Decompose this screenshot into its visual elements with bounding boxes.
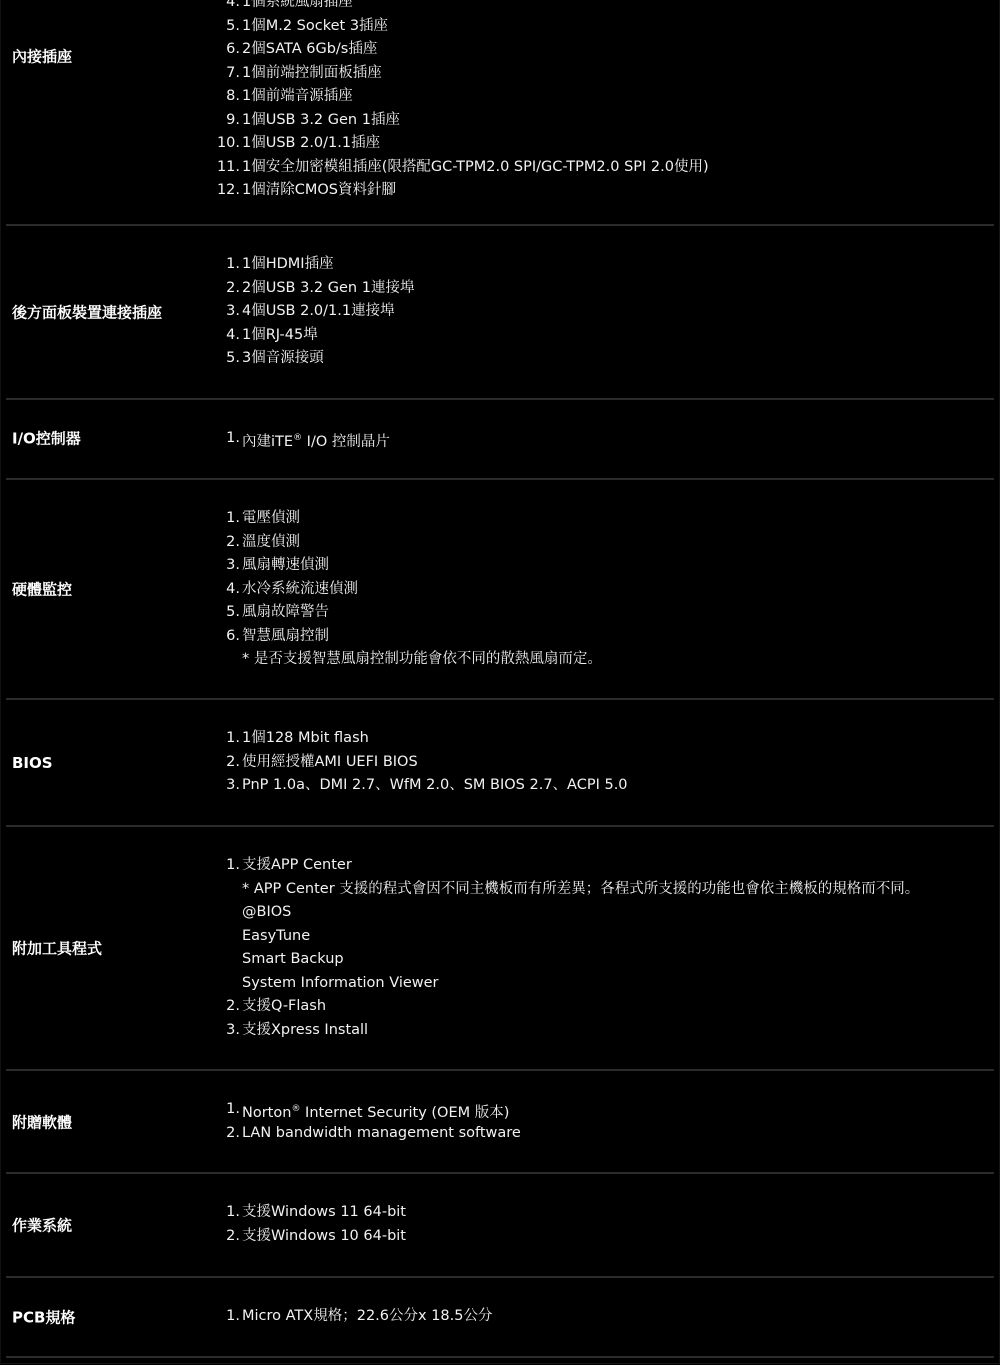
list-subitem: EasyTune (6, 925, 919, 949)
list-item: 1.支援APP Center (6, 854, 919, 878)
spec-value-list: 1.1個128 Mbit flash 2.使用經授權AMI UEFI BIOS … (6, 727, 628, 798)
list-item: 6.智慧風扇控制 (6, 625, 602, 649)
list-item: 8.1個前端音源插座 (6, 85, 709, 109)
list-item: 2.支援Windows 10 64-bit (6, 1225, 406, 1249)
list-note: * APP Center 支援的程式會因不同主機板而有所差異；各程式所支援的功能… (6, 878, 919, 902)
spec-value-list: 1.支援Windows 11 64-bit 2.支援Windows 10 64-… (6, 1201, 406, 1248)
list-item: 3.PnP 1.0a、DMI 2.7、WfM 2.0、SM BIOS 2.7、A… (6, 774, 628, 798)
spec-row-utilities: 附加工具程式 1.支援APP Center * APP Center 支援的程式… (6, 827, 994, 1071)
list-item: 5.3個音源接頭 (6, 347, 414, 371)
list-item: 4.1個系統風扇插座 (6, 0, 709, 15)
spec-row-internal-connectors: 內接插座 4.1個系統風扇插座 5.1個M.2 Socket 3插座 6.2個S… (6, 0, 994, 226)
spec-row-bios: BIOS 1.1個128 Mbit flash 2.使用經授權AMI UEFI … (6, 700, 994, 827)
list-item: 3.4個USB 2.0/1.1連接埠 (6, 300, 414, 324)
list-item: 1.1個128 Mbit flash (6, 727, 628, 751)
list-item: 2.溫度偵測 (6, 531, 602, 555)
spec-value-list: 1.1個HDMI插座 2.2個USB 3.2 Gen 1連接埠 3.4個USB … (6, 253, 414, 371)
list-item: 3.支援Xpress Install (6, 1019, 919, 1043)
spec-row-hardware-monitor: 硬體監控 1.電壓偵測 2.溫度偵測 3.風扇轉速偵測 4.水冷系統流速偵測 5… (6, 480, 994, 700)
list-item: 6.2個SATA 6Gb/s插座 (6, 38, 709, 62)
list-item: 10.1個USB 2.0/1.1插座 (6, 132, 709, 156)
list-subitem: Smart Backup (6, 948, 919, 972)
spec-row-bundled-software: 附贈軟體 1.Norton® Internet Security (OEM 版本… (6, 1071, 994, 1174)
list-item: 3.風扇轉速偵測 (6, 554, 602, 578)
list-item: 12.1個清除CMOS資料針腳 (6, 179, 709, 203)
list-item: 1.內建iTE® I/O 控制晶片 (6, 427, 390, 451)
list-item: 5.1個M.2 Socket 3插座 (6, 15, 709, 39)
spec-value-list: 4.1個系統風扇插座 5.1個M.2 Socket 3插座 6.2個SATA 6… (6, 0, 709, 203)
list-item: 1.Norton® Internet Security (OEM 版本) (6, 1098, 521, 1122)
spec-value-list: 1.電壓偵測 2.溫度偵測 3.風扇轉速偵測 4.水冷系統流速偵測 5.風扇故障… (6, 507, 602, 672)
spec-value-list: 1.內建iTE® I/O 控制晶片 (6, 427, 390, 451)
spec-row-pcb-form-factor: PCB規格 1.Micro ATX規格；22.6公分x 18.5公分 (6, 1278, 994, 1358)
list-subitem: System Information Viewer (6, 972, 919, 996)
list-item: 2.支援Q-Flash (6, 995, 919, 1019)
spec-row-rear-panel: 後方面板裝置連接插座 1.1個HDMI插座 2.2個USB 3.2 Gen 1連… (6, 226, 994, 400)
spec-row-operating-system: 作業系統 1.支援Windows 11 64-bit 2.支援Windows 1… (6, 1174, 994, 1278)
list-item: 2.2個USB 3.2 Gen 1連接埠 (6, 277, 414, 301)
list-item: 1.電壓偵測 (6, 507, 602, 531)
spec-value-list: 1.Micro ATX規格；22.6公分x 18.5公分 (6, 1305, 492, 1329)
list-subitem: @BIOS (6, 901, 919, 925)
list-item: 1.支援Windows 11 64-bit (6, 1201, 406, 1225)
spec-row-io-controller: I/O控制器 1.內建iTE® I/O 控制晶片 (6, 400, 994, 480)
list-item: 1.1個HDMI插座 (6, 253, 414, 277)
spec-value-list: 1.Norton® Internet Security (OEM 版本) 2.L… (6, 1098, 521, 1145)
list-item: 4.水冷系統流速偵測 (6, 578, 602, 602)
list-item: 2.LAN bandwidth management software (6, 1122, 521, 1146)
list-item: 5.風扇故障警告 (6, 601, 602, 625)
spec-value-list: 1.支援APP Center * APP Center 支援的程式會因不同主機板… (6, 854, 919, 1042)
list-item: 1.Micro ATX規格；22.6公分x 18.5公分 (6, 1305, 492, 1329)
list-item: 11.1個安全加密模組插座(限搭配GC-TPM2.0 SPI/GC-TPM2.0… (6, 156, 709, 180)
list-item: 2.使用經授權AMI UEFI BIOS (6, 751, 628, 775)
list-item: 7.1個前端控制面板插座 (6, 62, 709, 86)
list-item: 4.1個RJ-45埠 (6, 324, 414, 348)
registered-mark: ® (293, 433, 302, 443)
list-item: 9.1個USB 3.2 Gen 1插座 (6, 109, 709, 133)
list-note: * 是否支援智慧風扇控制功能會依不同的散熱風扇而定。 (6, 648, 602, 672)
